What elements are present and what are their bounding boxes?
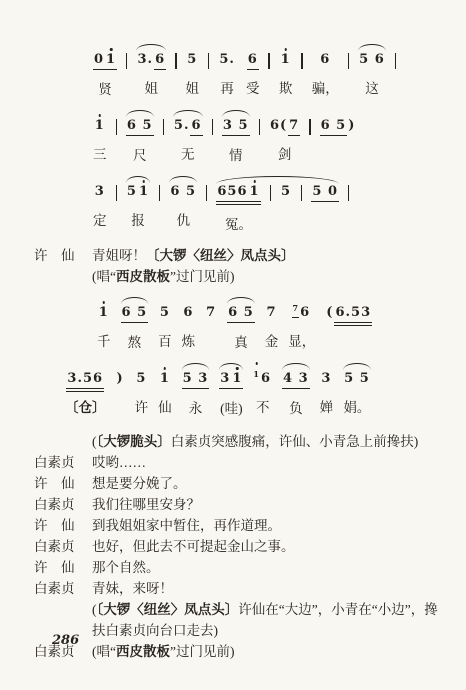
- plain-text: 哎哟……: [92, 455, 146, 470]
- barline: [208, 53, 209, 69]
- note-text: 5 5: [343, 370, 371, 388]
- note-chunk: 1: [280, 51, 292, 69]
- note-chunk: 0: [93, 51, 105, 69]
- dialogue-row: 许 仙到我姐姐家中暂住，再作道理。: [34, 515, 446, 536]
- note-cell: 7: [205, 297, 217, 349]
- dialogue-text: 我们往哪里安身？: [92, 494, 446, 515]
- plain-text: 想是要分娩了。: [92, 476, 187, 491]
- lyric-text: 娟。: [343, 396, 370, 416]
- lyric-text: 负: [289, 397, 303, 417]
- bold-cue-text: 西皮散板: [116, 644, 170, 659]
- note-cell: 01贤: [93, 44, 117, 98]
- barline: [348, 53, 349, 69]
- plain-text: ”过门见前): [170, 269, 235, 284]
- note-chunk: 5: [135, 370, 147, 388]
- note-chunk: 6.53: [334, 304, 372, 326]
- dialogue-line: 青姐呀！〔大锣〈纽丝〉凤点头〕: [92, 245, 446, 266]
- note-chunk: 6: [319, 51, 331, 69]
- plain-text: 青姐呀！: [92, 248, 146, 263]
- lyric-text: 金: [265, 330, 279, 350]
- note-text: 5.: [218, 51, 236, 69]
- note-chunk: 6: [260, 370, 272, 388]
- dialogue-row: 许 仙想是要分娩了。: [34, 473, 446, 494]
- barline: [301, 185, 302, 201]
- dialogue-text: 也好，但此去不可提起金山之事。: [92, 536, 446, 557]
- lyric-text: 报: [131, 209, 145, 229]
- note-chunk: 1: [98, 304, 110, 322]
- music-system-3: 3定51报6 5仇6561冤。55 0: [88, 176, 446, 233]
- dialogue-text: 青姐呀！〔大锣〈纽丝〉凤点头〕(唱“西皮散板”过门见前): [92, 245, 446, 287]
- dialogue-row: (〔大锣脆头〕白素贞突感腹痛，许仙、小青急上前搀扶): [34, 431, 446, 452]
- note-chunk: 6: [299, 304, 311, 322]
- note-chunk: 6 5: [320, 117, 348, 136]
- note-cell: 6 5真: [227, 297, 255, 351]
- note-chunk: 3 5: [222, 117, 250, 135]
- note-text: 4 3: [282, 370, 310, 389]
- barline: [259, 119, 260, 135]
- dialogue-block-b: (〔大锣脆头〕白素贞突感腹痛，许仙、小青急上前搀扶)白素贞哎哟……许 仙想是要分…: [20, 431, 446, 662]
- note-text: 1: [94, 117, 106, 135]
- barline: [395, 53, 396, 69]
- score-page: 01贤3.6姐5姐5.再6受1欺6骗，5 6这 1三6 5尺5.6无3 5情6(…: [0, 0, 466, 690]
- note-chunk: 5: [280, 183, 292, 201]
- note-chunk: 6: [182, 304, 194, 322]
- lyric-text: 剑: [278, 143, 292, 163]
- lyric-text: 三: [93, 143, 107, 163]
- note-text: 6: [182, 304, 194, 322]
- dialogue-row: 白素贞我们往哪里安身？: [34, 494, 446, 515]
- note-text: 6(7: [269, 117, 300, 135]
- note-cell: 6(7剑: [269, 110, 300, 163]
- lyric-text: 无: [181, 143, 195, 163]
- note-cell: 6受: [246, 44, 260, 97]
- note-cell: 6 5): [320, 110, 357, 162]
- note-chunk: 1: [159, 370, 171, 388]
- note-cell: 76显，: [288, 297, 315, 350]
- note-cell: 5姐: [186, 44, 200, 97]
- lyric-text: 尺: [133, 144, 147, 164]
- lyric-text: 定: [93, 209, 107, 229]
- note-chunk: 3.: [136, 51, 154, 69]
- note-chunk: (: [325, 304, 334, 322]
- lyric-text: 显，: [288, 330, 315, 350]
- note-text: 3.56: [66, 370, 104, 388]
- music-system-1: 01贤3.6姐5姐5.再6受1欺6骗，5 6这: [88, 44, 446, 98]
- note-text: 6: [319, 51, 331, 69]
- note-cell: 6 5尺: [126, 110, 154, 164]
- dialogue-block-a: 许 仙青姐呀！〔大锣〈纽丝〉凤点头〕(唱“西皮散板”过门见前): [20, 245, 446, 287]
- page-number: 286: [52, 633, 79, 648]
- dialogue-text: (〔大锣脆头〕白素贞突感腹痛，许仙、小青急上前搀扶): [92, 431, 446, 452]
- note-text: 5: [186, 51, 198, 69]
- barline: [116, 119, 117, 135]
- note-cell: 3定: [93, 176, 107, 229]
- note-chunk: 7: [266, 304, 278, 322]
- barline: [126, 53, 127, 69]
- plain-text: 我们往哪里安身？: [92, 497, 200, 512]
- music-system-4: 1千6 5熬5百6炼76 5真7金76显，(6.53: [92, 297, 446, 351]
- dialogue-text: 哎哟……: [92, 452, 446, 473]
- barline: [116, 185, 117, 201]
- note-text: 7: [205, 304, 217, 322]
- note-text: 5.6: [173, 117, 203, 135]
- note-text: 6 5: [121, 304, 149, 323]
- dialogue-line: 想是要分娩了。: [92, 473, 446, 494]
- plain-text: 也好，但此去不可提起金山之事。: [92, 539, 295, 554]
- note-chunk: 656: [216, 183, 248, 201]
- lyric-text: 骗，: [312, 77, 339, 97]
- bold-cue-text: 〔大锣〈纽丝〉凤点头〕: [97, 602, 239, 617]
- music-system-2: 1三6 5尺5.6无3 5情6(7剑6 5): [88, 110, 446, 164]
- lyric-text: 不: [256, 396, 270, 416]
- note-chunk: 6: [190, 117, 202, 136]
- note-cell: 6炼: [182, 297, 196, 350]
- lyric-text: 冤。: [225, 213, 252, 233]
- note-cell: 5.再: [218, 44, 236, 97]
- note-chunk: 6: [247, 51, 259, 70]
- note-text: 6 5: [169, 183, 197, 201]
- plain-text: (唱“: [92, 269, 116, 284]
- note-chunk: 7: [205, 304, 217, 322]
- note-chunk: 6 5: [126, 117, 154, 135]
- note-cell: 6 5仇: [169, 176, 197, 229]
- note-cell: 5许: [135, 363, 149, 416]
- lyric-text: 熬: [128, 331, 142, 351]
- note-chunk: 5 6: [358, 51, 386, 69]
- dialogue-line: 到我姐姐家中暂住，再作道理。: [92, 515, 446, 536]
- plain-text: ”过门见前): [170, 644, 235, 659]
- note-text: 6 5: [126, 117, 154, 136]
- note-chunk: 5: [186, 51, 198, 69]
- note-text: 5: [280, 183, 292, 201]
- plain-text: (唱“: [92, 644, 116, 659]
- note-text: 5: [135, 370, 147, 388]
- note-cell: ): [116, 363, 125, 415]
- dialogue-text: 想是要分娩了。: [92, 473, 446, 494]
- note-text: 1: [159, 370, 171, 388]
- barline: [175, 53, 176, 69]
- lyric-text: 情: [229, 144, 243, 164]
- note-chunk: 1: [94, 117, 106, 135]
- note-text: 5: [159, 304, 171, 322]
- dialogue-line: (〔大锣〈纽丝〉凤点头〕许仙在“大边”，小青在“小边”，搀: [92, 599, 446, 620]
- note-cell: 5 3永: [182, 363, 210, 417]
- note-cell: 31(哇): [219, 363, 243, 417]
- dialogue-line: 扶白素贞向台口走去): [92, 620, 446, 641]
- lyric-text: 贤: [98, 78, 112, 98]
- dialogue-row: 白素贞哎哟……: [34, 452, 446, 473]
- lyric-text: 欺: [279, 77, 293, 97]
- note-chunk: 3: [320, 370, 332, 388]
- lyric-text: 再: [220, 77, 234, 97]
- dialogue-text: 到我姐姐家中暂住，再作道理。: [92, 515, 446, 536]
- note-cell: 1仙: [158, 363, 172, 416]
- dialogue-line: 青妹，来呀！: [92, 578, 446, 599]
- lyric-text: 千: [97, 330, 111, 350]
- note-text: 3 5: [222, 117, 250, 136]
- speaker-name: 许 仙: [34, 473, 92, 494]
- note-chunk: 3.56: [66, 370, 104, 392]
- bold-cue-text: 〔大锣脆头〕: [97, 434, 171, 449]
- dialogue-row: 许 仙那个自然。: [34, 557, 446, 578]
- lyric-text: 百: [158, 330, 172, 350]
- note-chunk: 1: [138, 183, 150, 201]
- note-text: 01: [93, 51, 117, 70]
- note-cell: 16不: [253, 363, 272, 416]
- dialogue-line: 那个自然。: [92, 557, 446, 578]
- lyric-text: 炼: [182, 330, 196, 350]
- speaker-name: 许 仙: [34, 245, 92, 266]
- speaker-name: 白素贞: [34, 578, 92, 599]
- note-cell: 5.6无: [173, 110, 203, 163]
- dialogue-text: 青妹，来呀！(〔大锣〈纽丝〉凤点头〕许仙在“大边”，小青在“小边”，搀扶白素贞向…: [92, 578, 446, 641]
- note-chunk: 6 5: [169, 183, 197, 201]
- lyric-text: 仙: [158, 396, 172, 416]
- plain-text: 扶白素贞向台口走去): [92, 623, 218, 638]
- dialogue-row: 白素贞青妹，来呀！(〔大锣〈纽丝〉凤点头〕许仙在“大边”，小青在“小边”，搀扶白…: [34, 578, 446, 641]
- note-text: ): [116, 370, 125, 388]
- barline: [268, 53, 269, 69]
- dialogue-line: (唱“西皮散板”过门见前): [92, 266, 446, 287]
- barline: [270, 185, 271, 201]
- note-cell: 5百: [158, 297, 172, 350]
- plain-text: 那个自然。: [92, 560, 160, 575]
- note-text: 3.6: [136, 51, 166, 69]
- note-chunk: 7: [292, 299, 299, 318]
- note-text: (6.53: [325, 304, 372, 322]
- note-text: 51: [126, 183, 150, 201]
- note-cell: 3 5情: [222, 110, 250, 164]
- note-text: 31: [219, 370, 243, 389]
- lyric-text: 婵: [320, 396, 334, 416]
- note-cell: 1千: [97, 297, 111, 350]
- note-chunk: 1: [105, 51, 117, 69]
- lyric-text: 仇: [176, 209, 190, 229]
- barline: [301, 53, 302, 69]
- note-text: 3: [94, 183, 106, 201]
- note-text: 7: [266, 304, 278, 322]
- note-cell: (6.53: [325, 297, 372, 349]
- note-text: 1: [98, 304, 110, 322]
- note-chunk: 5 0: [311, 183, 339, 202]
- note-chunk: 3: [219, 370, 231, 388]
- note-text: 5 6: [358, 51, 386, 69]
- note-text: 1: [280, 51, 292, 69]
- barline: [159, 185, 160, 201]
- note-text: 6 5: [227, 304, 255, 323]
- bold-cue-text: 西皮散板: [116, 269, 170, 284]
- lyric-text: 永: [189, 397, 203, 417]
- lyric-text: 真: [234, 331, 248, 351]
- barline: [206, 185, 207, 201]
- plain-text: 白素贞突感腹痛，许仙、小青急上前搀扶): [171, 434, 419, 449]
- note-cell: 7金: [265, 297, 279, 350]
- barline: [212, 119, 213, 135]
- music-system-5: 3.56〔仓〕)5许1仙5 3永31(哇)16不4 3负3婵5 5娟。: [60, 363, 446, 417]
- note-chunk: 5 3: [182, 370, 210, 388]
- dialogue-line: (〔大锣脆头〕白素贞突感腹痛，许仙、小青急上前搀扶): [92, 431, 446, 452]
- note-chunk: 1: [253, 365, 260, 383]
- note-chunk: 5 5: [343, 370, 371, 388]
- note-chunk: 6: [154, 51, 166, 70]
- lyric-text: 许: [135, 396, 149, 416]
- note-chunk: 7: [288, 117, 300, 136]
- note-text: 6561: [216, 183, 260, 205]
- dialogue-line: 也好，但此去不可提起金山之事。: [92, 536, 446, 557]
- lyric-text: 〔仓〕: [65, 396, 106, 416]
- dialogue-line: 我们往哪里安身？: [92, 494, 446, 515]
- note-cell: 5 6这: [358, 44, 386, 97]
- lyric-text: 姐: [186, 77, 200, 97]
- lyric-text: 姐: [145, 77, 159, 97]
- note-text: 3: [320, 370, 332, 388]
- barline: [348, 185, 349, 201]
- note-chunk: 6 5: [121, 304, 149, 322]
- note-chunk: 6(: [269, 117, 288, 135]
- barline: [309, 119, 310, 135]
- note-cell: 3.56〔仓〕: [65, 363, 106, 416]
- note-chunk: 3: [94, 183, 106, 201]
- note-text: 6: [247, 51, 259, 69]
- dialogue-text: 那个自然。: [92, 557, 446, 578]
- note-chunk: 4 3: [282, 370, 310, 388]
- note-cell: 3.6姐: [136, 44, 166, 97]
- lyric-text: (哇): [220, 397, 243, 417]
- note-cell: 6骗，: [312, 44, 339, 97]
- note-text: 16: [253, 370, 272, 388]
- plain-text: 青妹，来呀！: [92, 581, 173, 596]
- note-text: 5 0: [311, 183, 339, 201]
- dialogue-row: 白素贞也好，但此去不可提起金山之事。: [34, 536, 446, 557]
- note-cell: 1三: [93, 110, 107, 163]
- note-chunk: 5.: [173, 117, 191, 135]
- note-text: 5 3: [182, 370, 210, 389]
- dialogue-line: (唱“西皮散板”过门见前): [92, 641, 446, 662]
- note-cell: 4 3负: [282, 363, 310, 417]
- speaker-name: 许 仙: [34, 557, 92, 578]
- note-cell: 5 5娟。: [343, 363, 371, 416]
- note-text: 6 5): [320, 117, 357, 135]
- dialogue-text: (唱“西皮散板”过门见前): [92, 641, 446, 662]
- plain-text: 到我姐姐家中暂住，再作道理。: [92, 518, 281, 533]
- speaker-name: 白素贞: [34, 536, 92, 557]
- note-cell: 6561冤。: [216, 176, 260, 233]
- note-cell: 51报: [126, 176, 150, 229]
- speaker-name: 白素贞: [34, 452, 92, 473]
- note-chunk: ): [116, 370, 125, 388]
- lyric-text: 受: [246, 77, 260, 97]
- note-cell: 3婵: [320, 363, 334, 416]
- note-chunk: 6 5: [227, 304, 255, 322]
- note-cell: 6 5熬: [121, 297, 149, 351]
- speaker-name: 许 仙: [34, 515, 92, 536]
- dialogue-line: 哎哟……: [92, 452, 446, 473]
- plain-text: 许仙在“大边”，小青在“小边”，搀: [238, 602, 437, 617]
- bold-cue-text: 〔大锣〈纽丝〉凤点头〕: [146, 248, 295, 263]
- dialogue-row: 许 仙青姐呀！〔大锣〈纽丝〉凤点头〕(唱“西皮散板”过门见前): [34, 245, 446, 287]
- note-chunk: 1: [249, 183, 261, 201]
- dialogue-row: 白素贞(唱“西皮散板”过门见前): [34, 641, 446, 662]
- note-cell: 1欺: [279, 44, 293, 97]
- speaker-name: 白素贞: [34, 494, 92, 515]
- note-chunk: 5.: [218, 51, 236, 69]
- note-chunk: 5: [126, 183, 138, 201]
- note-chunk: 5: [159, 304, 171, 322]
- note-chunk: 1: [231, 370, 243, 388]
- barline: [163, 119, 164, 135]
- note-chunk: ): [347, 117, 356, 135]
- note-text: 76: [292, 304, 311, 322]
- lyric-text: 这: [365, 77, 379, 97]
